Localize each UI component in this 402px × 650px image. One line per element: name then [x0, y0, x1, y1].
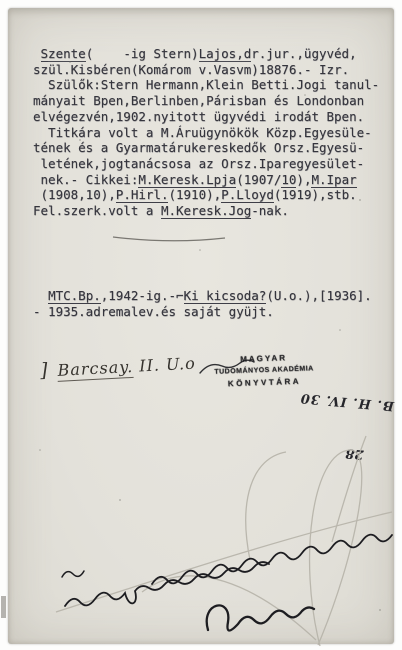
typed-segment: P.Hirl. — [116, 187, 169, 203]
typed-segment: (1907/ — [236, 172, 281, 187]
typed-line: (1908,10),P.Hirl.(1910),P.Lloyd(1919),st… — [33, 187, 379, 203]
typed-segment: M.Ipar — [311, 172, 356, 188]
typed-segment: (1908,10), — [33, 187, 116, 202]
typed-line: MTC.Bp.,1942-ig.-⌐Ki kicsoda?(U.o.),[193… — [33, 288, 372, 304]
typed-segment: Titkára volt a M.Áruügynökök Közp.Egyesü… — [33, 125, 372, 140]
handwritten-name: Barcsay. — [57, 357, 134, 382]
typed-segment: sz — [33, 62, 48, 77]
typed-line: Fel.szerk.volt a M.Keresk.Jog-nak. — [33, 203, 379, 219]
typed-segment: tének és a Gyarmatárukereskedők Orsz.Egy… — [33, 140, 364, 155]
typed-segment: - 1935.adremalev.és saját gyüjt. — [33, 304, 274, 319]
typed-line: Szülők:Stern Hermann,Klein Betti.Jogi ta… — [33, 77, 379, 93]
typed-segment: letének,jogtanácsosa az Orsz.Iparegyesül… — [33, 156, 364, 171]
typed-segment: (1910), — [168, 187, 221, 202]
typed-segment: Szente — [41, 46, 86, 62]
typed-biography-block: Szente( -ig Stern)Lajos,dr.jur.,ügyvéd,s… — [33, 46, 379, 219]
typed-line: nek.- Cikkei:M.Keresk.Lpja(1907/10),M.Ip… — [33, 172, 379, 188]
catalog-card: Szente( -ig Stern)Lajos,dr.jur.,ügyvéd,s… — [8, 8, 394, 644]
handwritten-bracket-mark: ] — [40, 359, 59, 382]
rotated-reference-note: 28 B. H. IV. 30 — [292, 421, 398, 499]
typed-segment: (1919),stb. — [274, 187, 357, 202]
typed-segment: ), — [296, 172, 311, 187]
typed-segment — [33, 46, 41, 61]
typed-segment: M.Keresk.Lpja — [138, 172, 236, 188]
typed-segment: Ki kicsoda? — [184, 288, 267, 304]
scanned-page: Szente( -ig Stern)Lajos,dr.jur.,ügyvéd,s… — [0, 0, 402, 650]
typed-segment: nek.- Cikkei: — [33, 172, 138, 187]
typed-segment: (U.o.),[1936]. — [266, 288, 371, 303]
rotated-ref-number: 28 — [295, 440, 396, 466]
typed-segment: ül.Ki — [48, 61, 86, 77]
typed-segment: M.Keresk.Jog — [161, 203, 251, 219]
typed-segment: elvégezvén,1902.nyitott ügyvédi irodát B… — [33, 109, 364, 124]
typed-line: Szente( -ig Stern)Lajos,dr.jur.,ügyvéd, — [33, 46, 379, 62]
typed-segment: sbéren(Komárom — [86, 62, 199, 77]
typed-line: elvégezvén,1902.nyitott ügyvédi irodát B… — [33, 109, 379, 125]
handwritten-note-rest: II. U.o — [133, 354, 197, 376]
typed-segment: Szülők:Stern Hermann,Klein Betti.Jogi ta… — [33, 77, 379, 92]
typed-line: szül.Kisbéren(Komárom v.Vasvm)18876.- Iz… — [33, 62, 379, 78]
rotated-ref-citation: B. H. IV. 30 — [300, 389, 401, 415]
typed-source-block: MTC.Bp.,1942-ig.-⌐Ki kicsoda?(U.o.),[193… — [33, 288, 372, 319]
typed-segment: )18876.- Izr. — [251, 62, 349, 77]
typed-segment — [33, 288, 48, 303]
typed-segment: P.Lloyd — [221, 187, 274, 203]
scan-edge-artifact — [1, 596, 6, 618]
typed-line: Titkára volt a M.Áruügynökök Közp.Egyesü… — [33, 125, 379, 141]
typed-line: tének és a Gyarmatárukereskedők Orsz.Egy… — [33, 140, 379, 156]
typed-segment: MTC.Bp. — [48, 288, 101, 304]
typed-segment: Fel.szerk.volt a — [33, 203, 161, 218]
typed-segment: mányait Bpen,Berlinben,Párisban és Londo… — [33, 93, 364, 108]
typed-line: mányait Bpen,Berlinben,Párisban és Londo… — [33, 93, 379, 109]
typed-segment: v.Vasvm — [199, 61, 252, 77]
typed-line: letének,jogtanácsosa az Orsz.Iparegyesül… — [33, 156, 379, 172]
typed-segment: ,1942-ig.-⌐ — [101, 288, 184, 303]
typed-line: - 1935.adremalev.és saját gyüjt. — [33, 304, 372, 320]
typed-segment: ( -ig Stern)Lajos,dr.jur.,ügyvéd, — [86, 46, 357, 61]
typed-segment: -nak. — [251, 203, 289, 218]
typed-segment: 10 — [281, 172, 296, 188]
